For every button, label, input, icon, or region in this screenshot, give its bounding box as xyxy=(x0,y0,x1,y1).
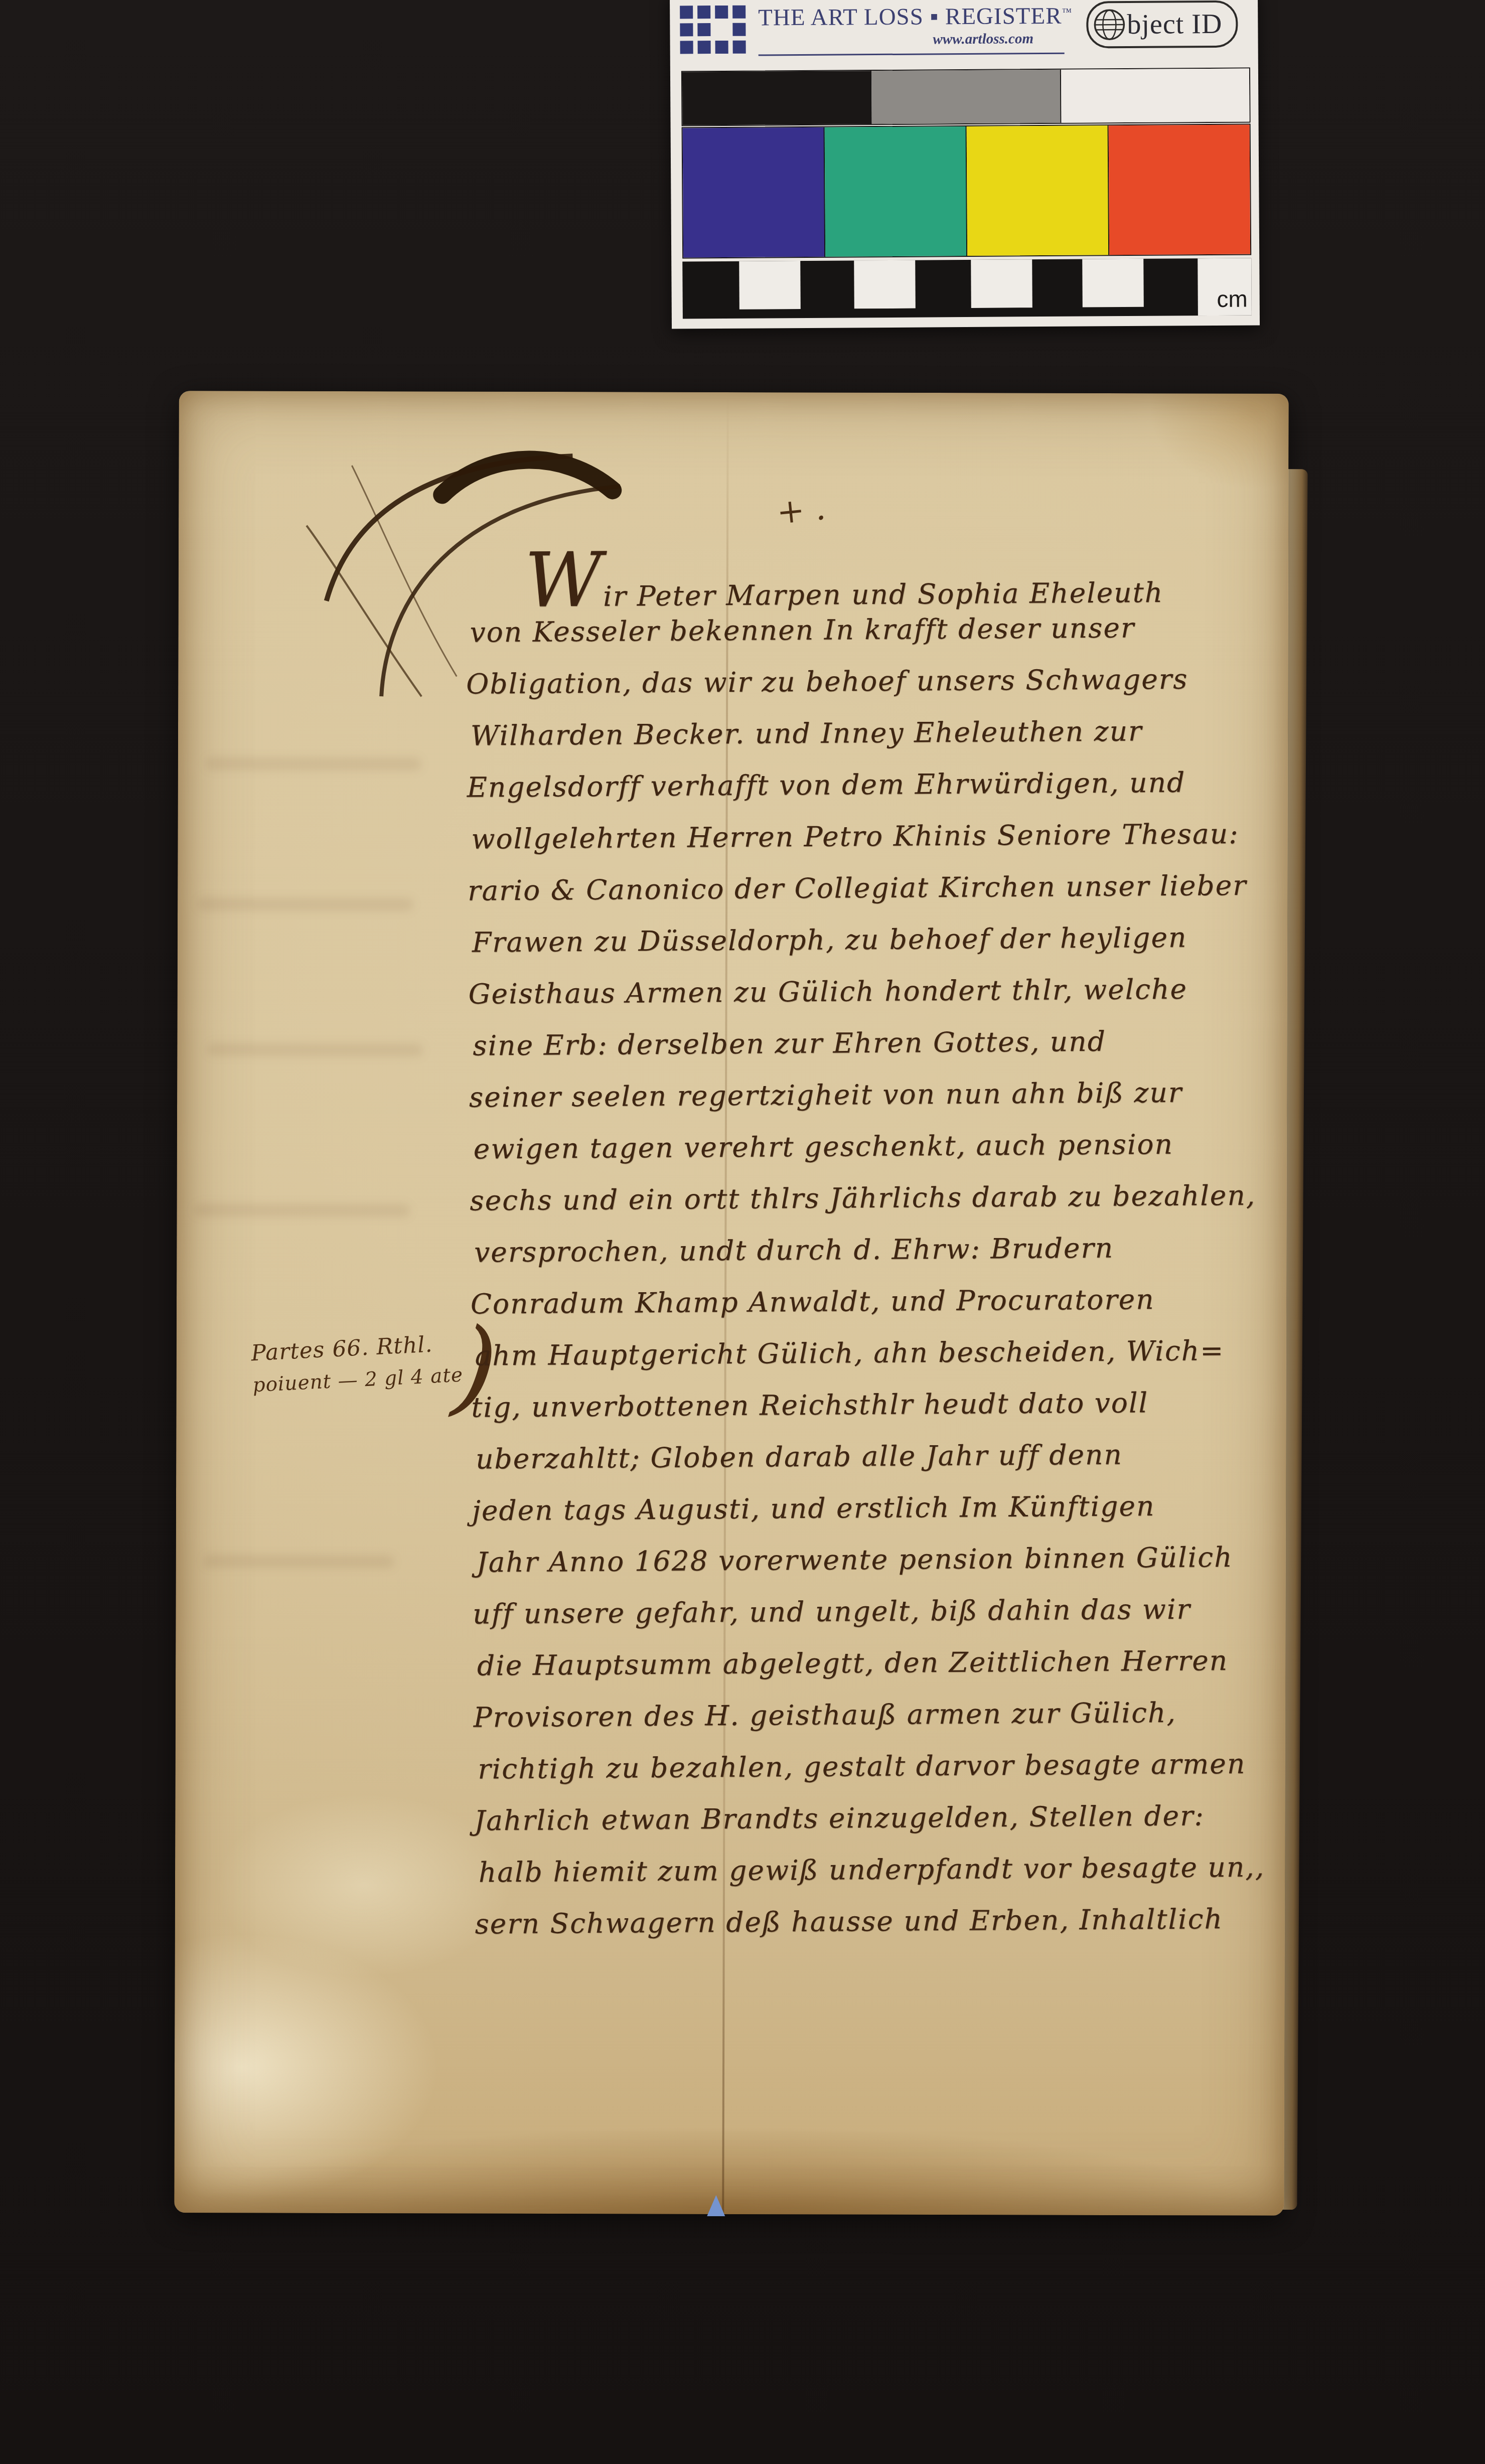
color-patches xyxy=(682,124,1252,259)
logo-square xyxy=(698,41,711,54)
manuscript-line: von Kesseler bekennen In krafft deser un… xyxy=(470,610,1294,668)
cm-label: cm xyxy=(1217,285,1248,313)
manuscript-line: Provisoren des H. geisthauß armen zur Gü… xyxy=(473,1696,1301,1753)
manuscript-line: ewigen tagen verehrt geschenkt, auch pen… xyxy=(473,1127,1297,1184)
logo-square xyxy=(715,41,728,54)
scale-cell xyxy=(739,261,801,310)
manuscript-line: versprochen, undt durch d. Ehrw: Brudern xyxy=(474,1230,1298,1288)
scale-cell xyxy=(1082,259,1144,307)
manuscript-line: sern Schwagern deß hausse und Erben, Inh… xyxy=(475,1902,1303,1960)
website-url: www.artloss.com xyxy=(933,31,1033,48)
manuscript-line: die Hauptsumm abgelegtt, den Zeittlichen… xyxy=(477,1644,1301,1701)
color-patch-red xyxy=(1109,125,1251,255)
manuscript-line: uberzahltt; Globen darab alle Jahr uff d… xyxy=(476,1437,1300,1494)
art-loss-logo-squares-icon xyxy=(680,6,746,54)
logo-square xyxy=(680,23,693,36)
bleed-through xyxy=(194,1203,410,1217)
manuscript-line: richtigh zu bezahlen, gestalt darvor bes… xyxy=(478,1747,1302,1804)
manuscript-line: Obligation, das wir zu behoef unsers Sch… xyxy=(466,662,1294,720)
manuscript-line: Conradum Khamp Anwaldt, und Procuratoren xyxy=(471,1282,1299,1340)
cm-scale-bar: cm xyxy=(682,258,1252,319)
logo-square-gap xyxy=(715,23,728,36)
logo-square xyxy=(732,23,746,36)
margin-note-line: poiuent — 2 gl 4 ate xyxy=(252,1364,464,1397)
grayscale-patches xyxy=(681,68,1251,126)
scale-cell xyxy=(854,260,916,309)
logo-square xyxy=(715,6,728,19)
manuscript-line: Wir Peter Marpen und Sophia Eheleuth xyxy=(466,555,1294,617)
manuscript-line: halb hiemit zum gewiß underpfandt vor be… xyxy=(479,1851,1303,1908)
logo-square xyxy=(733,41,746,54)
manuscript-line: wollgelehrten Herren Petro Khinis Senior… xyxy=(471,817,1295,874)
bleed-through xyxy=(206,757,421,771)
manuscript-line: sine Erb: derselben zur Ehren Gottes, un… xyxy=(473,1024,1297,1081)
manuscript-line: Engelsdorff verhafft von dem Ehrwürdigen… xyxy=(467,765,1295,823)
logo-square xyxy=(697,6,710,19)
manuscript-line: Frawen zu Düsseldorph, zu behoef der hey… xyxy=(472,920,1296,978)
color-patch-blue xyxy=(683,127,826,258)
color-patch-yellow xyxy=(967,125,1110,256)
manuscript-line: ahm Hauptgericht Gülich, ahn bescheiden,… xyxy=(475,1334,1299,1391)
bleed-through xyxy=(207,1043,423,1056)
globe-icon xyxy=(1093,9,1125,41)
manuscript-line: jeden tags Augusti, und erstlich Im Künf… xyxy=(472,1489,1300,1547)
grayscale-patch-gray xyxy=(871,70,1061,124)
manuscript-line: uff unsere gefahr, und ungelt, biß dahin… xyxy=(473,1592,1301,1650)
bleed-through xyxy=(198,897,413,911)
photo-scene: THE ART LOSS ▪ REGISTER™ www.artloss.com… xyxy=(0,0,1485,2464)
cross-mark: + . xyxy=(775,489,827,532)
logo-square xyxy=(680,41,693,54)
manuscript-line: sechs und ein ortt thlrs Jährlichs darab… xyxy=(470,1179,1298,1237)
calibration-card: THE ART LOSS ▪ REGISTER™ www.artloss.com… xyxy=(670,0,1260,329)
manuscript-line: Wilharden Becker. und Inney Eheleuthen z… xyxy=(471,714,1295,771)
brand-title: THE ART LOSS ▪ REGISTER™ xyxy=(758,3,1072,32)
cm-label-cell: cm xyxy=(1198,258,1252,316)
margin-note-line: Partes 66. Rthl. xyxy=(250,1330,462,1366)
blue-paper-fragment xyxy=(707,2195,725,2216)
manuscript-line: Geisthaus Armen zu Gülich hondert thlr, … xyxy=(468,972,1296,1030)
brand-title-text: THE ART LOSS ▪ REGISTER xyxy=(758,3,1062,31)
trademark-symbol: ™ xyxy=(1062,7,1072,18)
object-id-badge: bject ID xyxy=(1086,1,1238,49)
logo-square xyxy=(697,23,710,36)
manuscript-line: tig, unverbottenen Reichsthlr heudt dato… xyxy=(471,1385,1299,1443)
grayscale-patch-white xyxy=(1061,69,1250,123)
logo-square xyxy=(732,6,746,19)
manuscript-text: Wir Peter Marpen und Sophia Eheleuth von… xyxy=(466,555,1303,1959)
logo-square xyxy=(680,6,693,19)
scale-cell xyxy=(971,259,1032,308)
object-id-label: bject ID xyxy=(1127,8,1222,41)
manuscript-line: seiner seelen regertzigheit von nun ahn … xyxy=(469,1075,1297,1133)
manuscript-line: rario & Canonico der Collegiat Kirchen u… xyxy=(468,869,1296,927)
manuscript-line: Jahrlich etwan Brandts einzugelden, Stel… xyxy=(474,1799,1302,1857)
manuscript-page: + . Partes 66. Rthl. poiuent — 2 gl 4 at… xyxy=(174,391,1289,2216)
margin-note: Partes 66. Rthl. poiuent — 2 gl 4 ate xyxy=(250,1330,464,1397)
divider xyxy=(759,53,1065,56)
bleed-through xyxy=(204,1555,394,1568)
manuscript-line: Jahr Anno 1628 vorerwente pension binnen… xyxy=(476,1541,1300,1598)
color-patch-green xyxy=(825,126,968,257)
grayscale-patch-black xyxy=(682,71,872,125)
